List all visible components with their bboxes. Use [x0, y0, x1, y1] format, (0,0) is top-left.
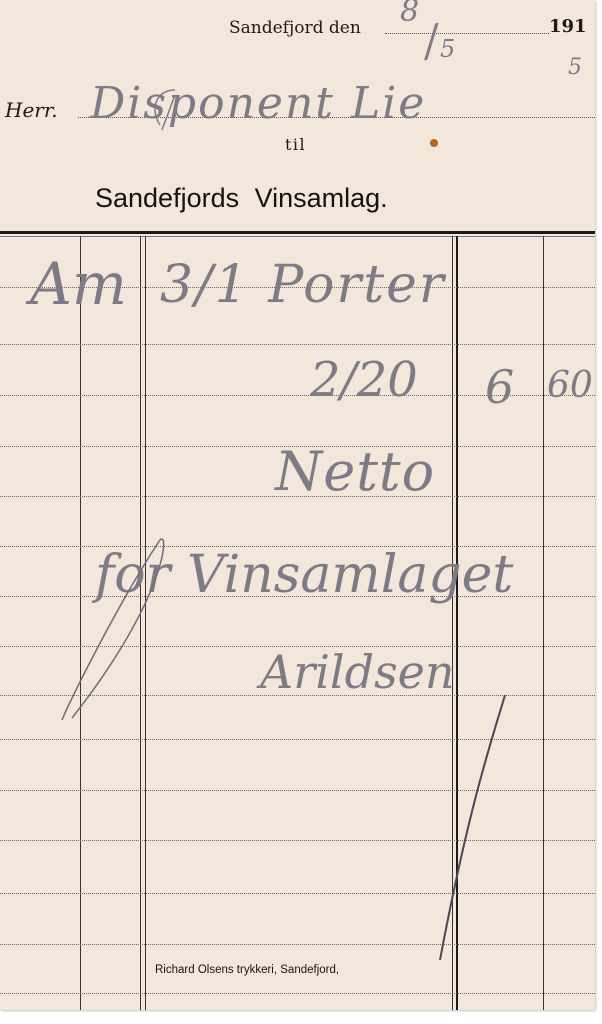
printer-imprint: Richard Olsens trykkeri, Sandefjord, [155, 964, 339, 976]
invoice-paper: Sandefjord den 191 8 / 5 5 Herr. Dispone… [0, 0, 595, 1010]
pen-strokes [0, 0, 595, 1010]
